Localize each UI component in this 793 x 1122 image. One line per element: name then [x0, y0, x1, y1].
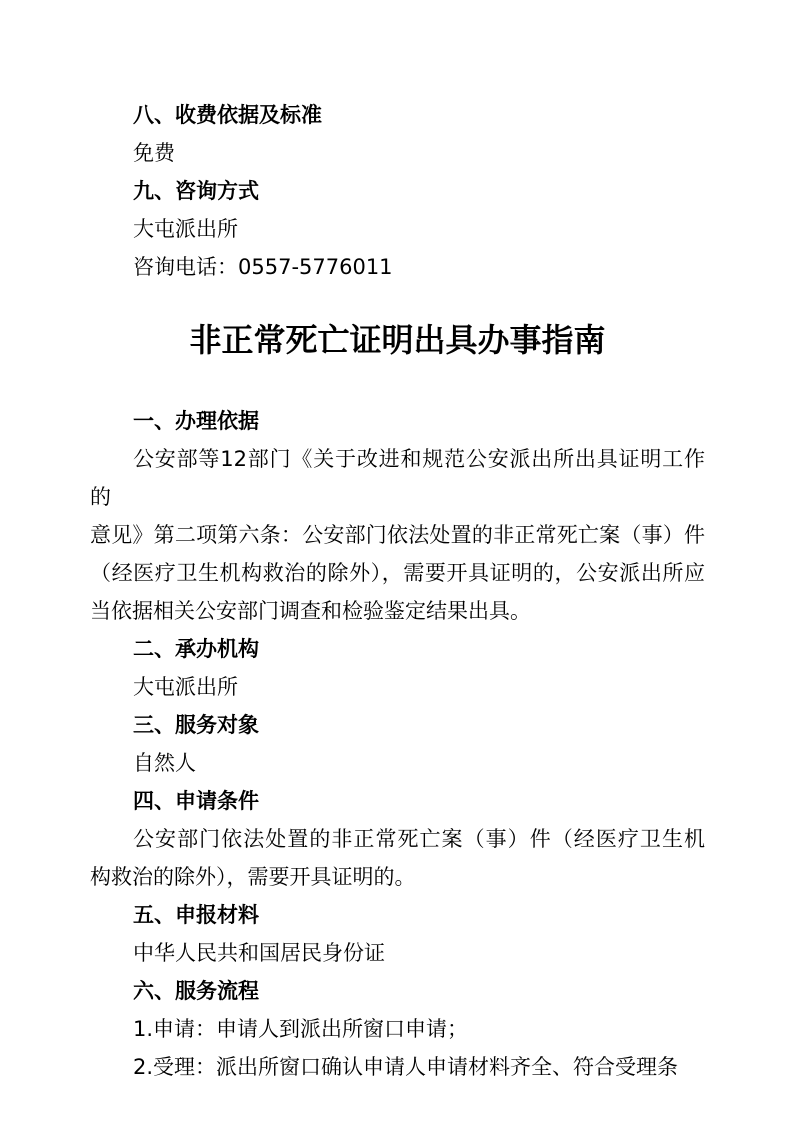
section-audience-heading: 三、服务对象	[90, 706, 705, 744]
section-materials-heading: 五、申报材料	[90, 896, 705, 934]
process-step-1: 1.申请：申请人到派出所窗口申请；	[90, 1010, 705, 1048]
consultation-heading: 九、咨询方式	[90, 172, 705, 210]
process-step-2: 2.受理：派出所窗口确认申请人申请材料齐全、符合受理条	[90, 1048, 705, 1086]
section-conditions-heading: 四、申请条件	[90, 782, 705, 820]
document-page: 八、收费依据及标准 免费 九、咨询方式 大屯派出所 咨询电话：0557-5776…	[0, 0, 793, 1122]
fee-basis-heading: 八、收费依据及标准	[90, 96, 705, 134]
fee-value: 免费	[90, 134, 705, 172]
document-title: 非正常死亡证明出具办事指南	[90, 318, 705, 362]
paragraph-line: （经医疗卫生机构救治的除外），需要开具证明的，公安派出所应	[90, 554, 705, 592]
materials-value: 中华人民共和国居民身份证	[90, 934, 705, 972]
paragraph-line: 当依据相关公安部门调查和检验鉴定结果出具。	[90, 592, 705, 630]
section-process-heading: 六、服务流程	[90, 972, 705, 1010]
paragraph-line: 意见》第二项第六条：公安部门依法处置的非正常死亡案（事）件	[90, 516, 705, 554]
agency-value: 大屯派出所	[90, 668, 705, 706]
section-agency-heading: 二、承办机构	[90, 630, 705, 668]
paragraph-line: 公安部门依法处置的非正常死亡案（事）件（经医疗卫生机	[90, 820, 705, 858]
consultation-phone: 咨询电话：0557-5776011	[90, 248, 705, 286]
consultation-office: 大屯派出所	[90, 210, 705, 248]
paragraph-line: 公安部等12部门《关于改进和规范公安派出所出具证明工作的	[90, 440, 705, 516]
paragraph-line: 构救治的除外），需要开具证明的。	[90, 858, 705, 896]
section-basis-heading: 一、办理依据	[90, 402, 705, 440]
audience-value: 自然人	[90, 744, 705, 782]
